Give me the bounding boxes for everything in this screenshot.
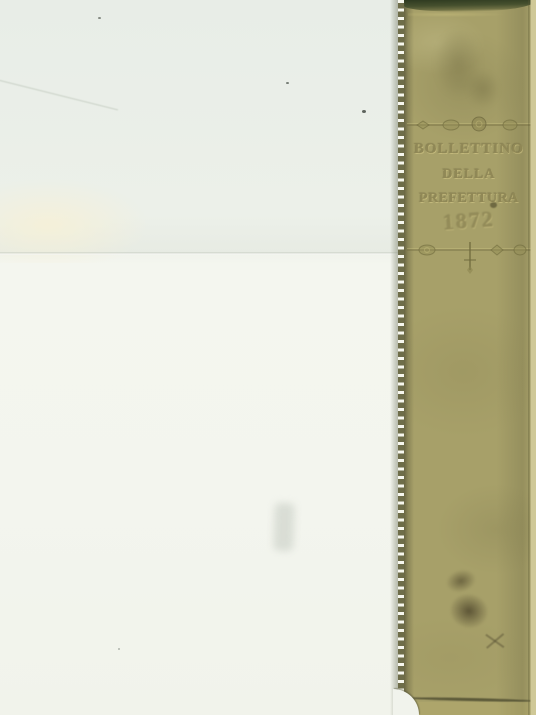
book-spine: BOLLETTINO DELLA PREFETTURA 1872: [404, 0, 536, 715]
speck: [118, 648, 120, 650]
speck: [98, 17, 101, 19]
spine-headcap-glint: [408, 12, 503, 17]
book-photo: BOLLETTINO DELLA PREFETTURA 1872: [0, 0, 536, 715]
chain-ornament-bottom-icon: [407, 238, 533, 274]
spine-year: 1872: [403, 203, 534, 238]
fore-edge-strip: [528, 0, 536, 715]
spine-title-line-2: DELLA: [404, 167, 534, 183]
spine-title-line-1: BOLLETTINO: [404, 141, 534, 158]
stain: [466, 70, 500, 108]
spine-tail-band: [404, 702, 536, 715]
cover-edge-shadow: [390, 0, 398, 715]
cover-warm-patch: [0, 178, 150, 263]
cover-fold-seam: [0, 252, 406, 255]
cover-impression-mark: [273, 503, 295, 552]
stain: [444, 566, 479, 595]
speck: [286, 82, 289, 84]
stain: [490, 202, 497, 208]
speck: [362, 110, 366, 113]
stain: [447, 590, 491, 631]
front-cover: [0, 0, 406, 715]
chain-ornament-top-icon: [407, 114, 533, 134]
